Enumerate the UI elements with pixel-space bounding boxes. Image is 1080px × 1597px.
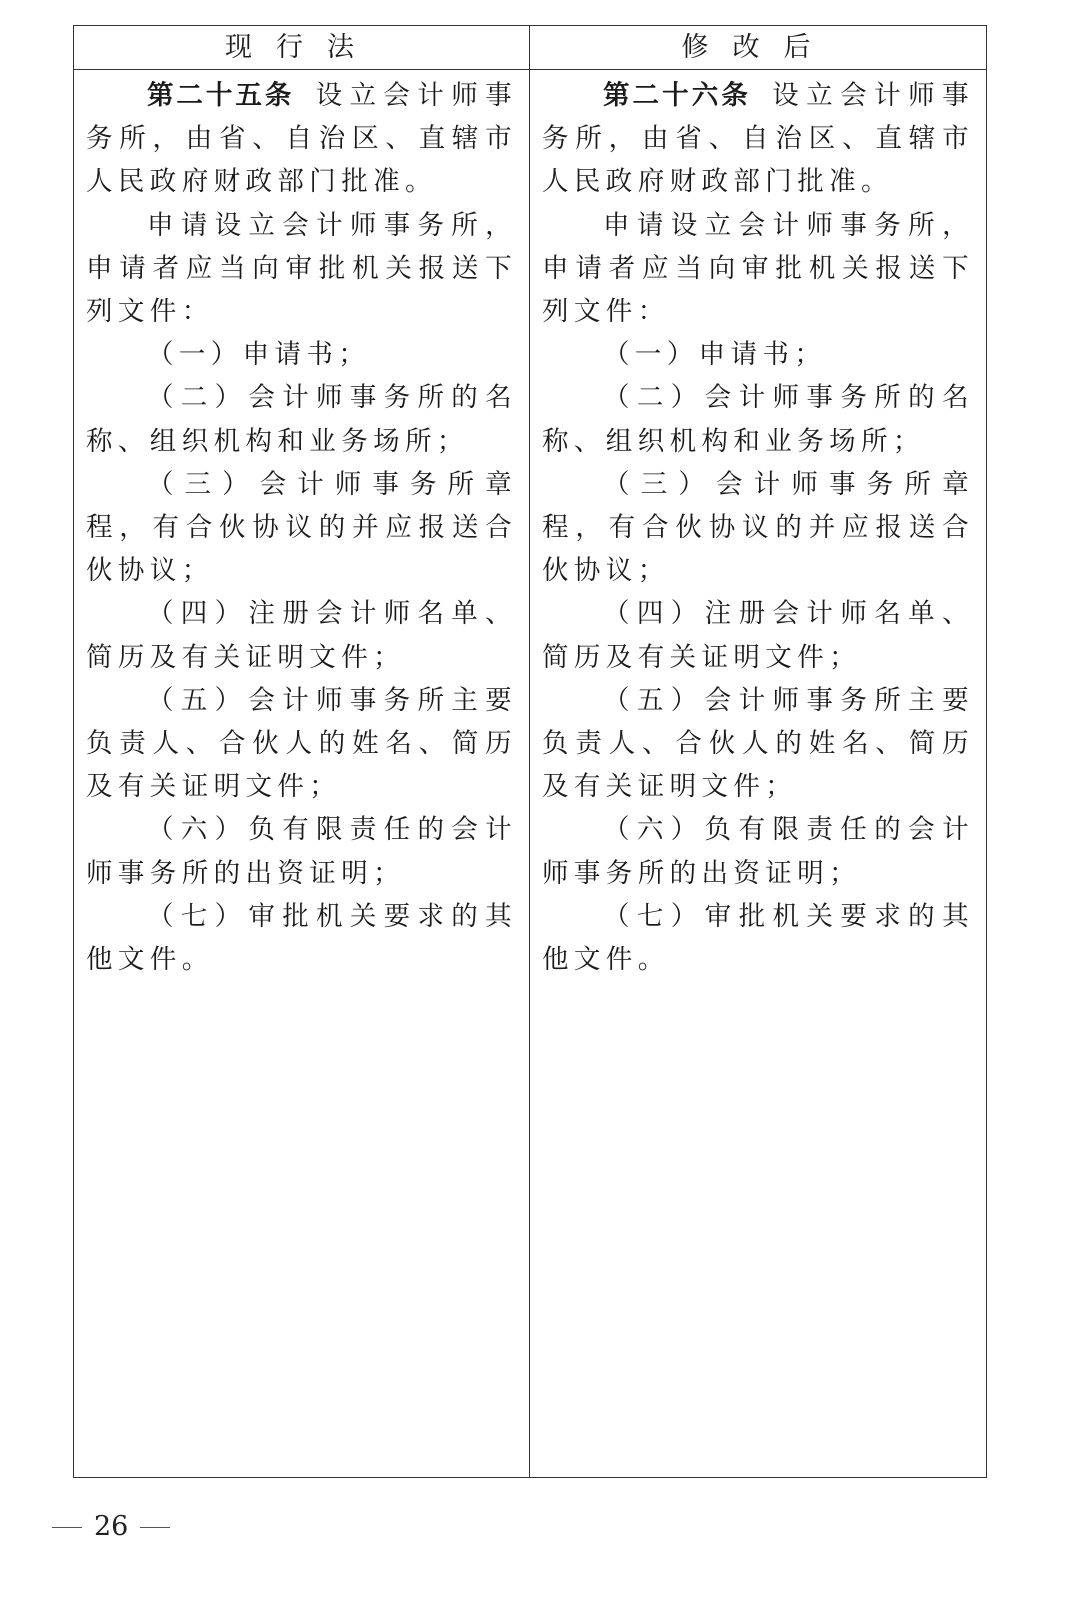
- article-number: 第二十六条: [603, 80, 751, 111]
- list-item: （七）审批机关要求的其他文件。: [86, 895, 517, 981]
- list-item: （二）会计师事务所的名称、组织机构和业务场所；: [86, 376, 517, 462]
- list-item: （六）负有限责任的会计师事务所的出资证明；: [542, 808, 974, 894]
- list-item: （七）审批机关要求的其他文件。: [542, 895, 974, 981]
- article-paragraph: 第二十五条设立会计师事务所，由省、自治区、直辖市人民政府财政部门批准。: [86, 74, 517, 204]
- current-law-header: 现行法: [74, 26, 529, 70]
- list-item: （三）会计师事务所章程，有合伙协议的并应报送合伙协议；: [542, 463, 974, 593]
- list-item: （六）负有限责任的会计师事务所的出资证明；: [86, 808, 517, 894]
- list-item: （一）申请书；: [86, 333, 517, 376]
- page-number: 26: [94, 1511, 128, 1542]
- list-item: （五）会计师事务所主要负责人、合伙人的姓名、简历及有关证明文件；: [86, 679, 517, 809]
- current-law-body: 第二十五条设立会计师事务所，由省、自治区、直辖市人民政府财政部门批准。 申请设立…: [74, 70, 529, 981]
- list-item: （四）注册会计师名单、简历及有关证明文件；: [542, 592, 974, 678]
- list-item: （五）会计师事务所主要负责人、合伙人的姓名、简历及有关证明文件；: [542, 679, 974, 809]
- paragraph: 申请设立会计师事务所，申请者应当向审批机关报送下列文件：: [542, 204, 974, 334]
- article-paragraph: 第二十六条设立会计师事务所，由省、自治区、直辖市人民政府财政部门批准。: [542, 74, 974, 204]
- list-item: （四）注册会计师名单、简历及有关证明文件；: [86, 592, 517, 678]
- current-law-column: 现行法 第二十五条设立会计师事务所，由省、自治区、直辖市人民政府财政部门批准。 …: [74, 26, 530, 1477]
- page-footer: 26: [40, 1511, 182, 1542]
- list-item: （二）会计师事务所的名称、组织机构和业务场所；: [542, 376, 974, 462]
- article-number: 第二十五条: [147, 80, 294, 111]
- amended-law-body: 第二十六条设立会计师事务所，由省、自治区、直辖市人民政府财政部门批准。 申请设立…: [530, 70, 986, 981]
- comparison-table: 现行法 第二十五条设立会计师事务所，由省、自治区、直辖市人民政府财政部门批准。 …: [73, 25, 987, 1478]
- amended-law-column: 修改后 第二十六条设立会计师事务所，由省、自治区、直辖市人民政府财政部门批准。 …: [530, 26, 986, 1477]
- paragraph: 申请设立会计师事务所，申请者应当向审批机关报送下列文件：: [86, 204, 517, 334]
- dash-right: [140, 1527, 170, 1529]
- dash-left: [52, 1527, 82, 1529]
- amended-law-header: 修改后: [530, 26, 986, 70]
- list-item: （一）申请书；: [542, 333, 974, 376]
- list-item: （三）会计师事务所章程，有合伙协议的并应报送合伙协议；: [86, 463, 517, 593]
